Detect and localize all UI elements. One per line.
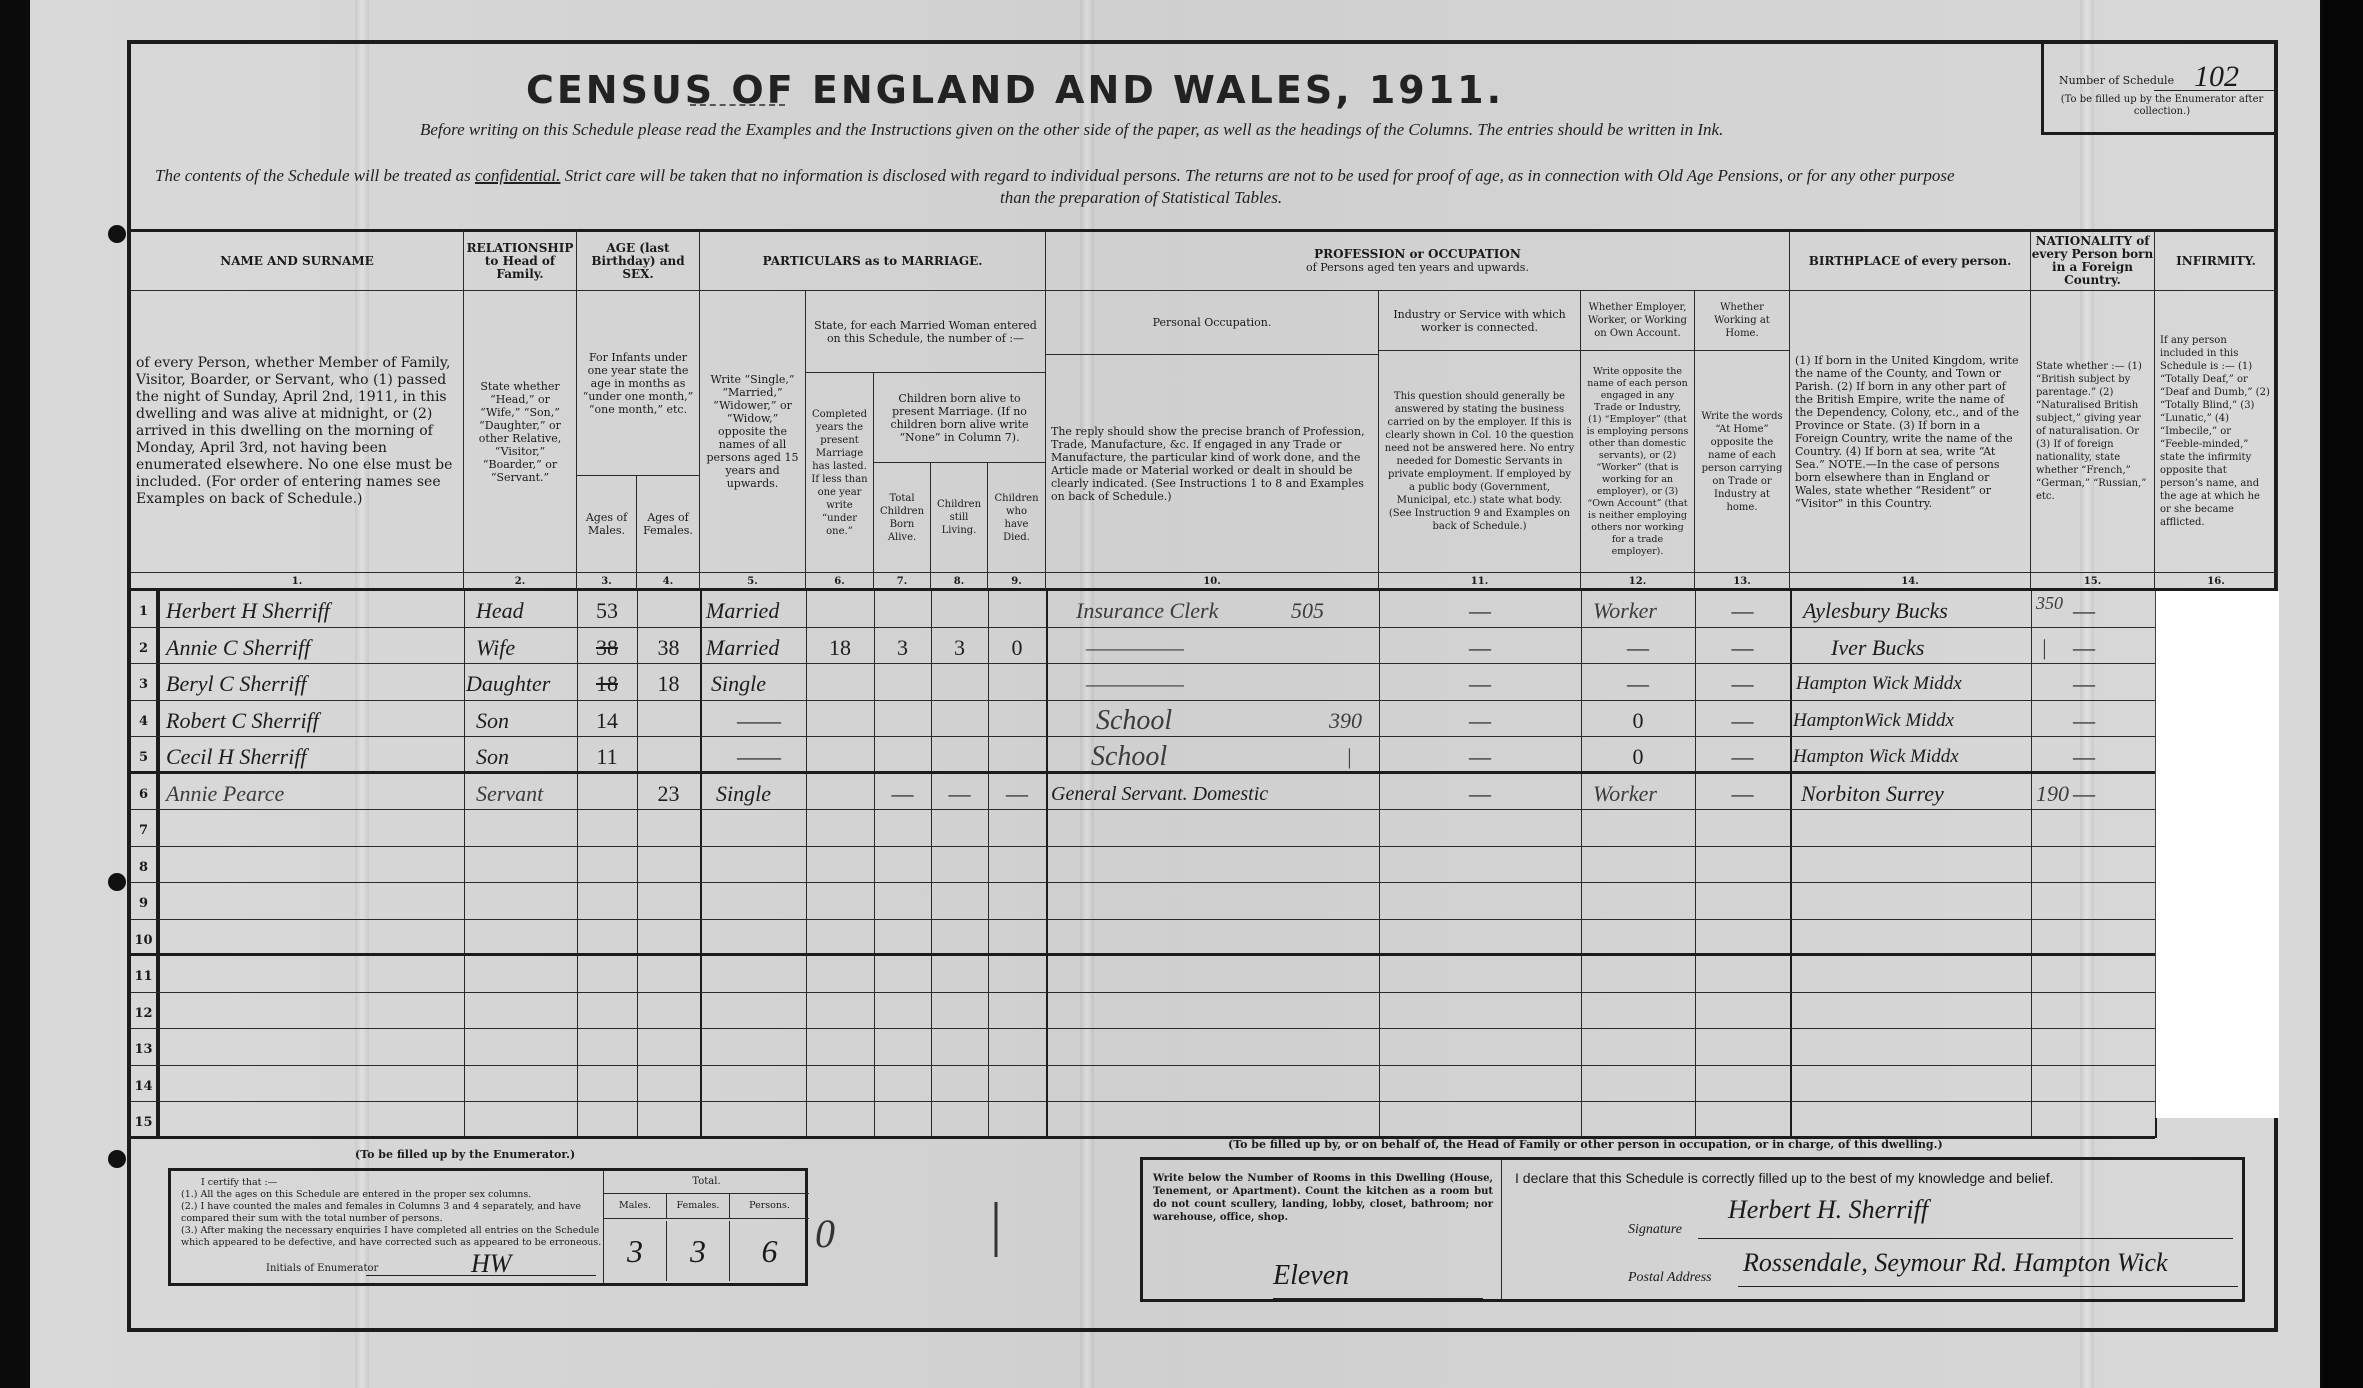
punch-hole-icon xyxy=(108,225,126,243)
cell-relationship[interactable]: Son xyxy=(476,737,509,771)
table-row[interactable]: 7 xyxy=(131,810,2155,847)
cell-industry[interactable]: — xyxy=(1379,737,1581,771)
header-industry-body: This question should generally be answer… xyxy=(1379,351,1581,573)
cell-name[interactable]: Robert C Sherriff xyxy=(166,701,319,737)
cell-age-male[interactable]: 38 xyxy=(577,628,637,664)
table-row[interactable]: 14 xyxy=(131,1066,2155,1103)
totals-persons-label: Persons. xyxy=(730,1193,809,1219)
cell-name[interactable]: Cecil H Sherriff xyxy=(166,737,307,771)
table-row[interactable]: 12 xyxy=(131,993,2155,1030)
header-personal-occupation: Personal Occupation. xyxy=(1046,291,1379,355)
cell-at-home[interactable]: — xyxy=(1695,701,1790,737)
cell-age-male[interactable]: 11 xyxy=(577,737,637,771)
header-marriage-years: Completed years the present Marriage has… xyxy=(806,373,874,573)
header-age-body: For Infants under one year state the age… xyxy=(577,291,700,476)
header-birthplace-title: BIRTHPLACE of every person. xyxy=(1790,229,2031,291)
column-number: 8. xyxy=(931,573,988,591)
signature-value[interactable]: Herbert H. Sherriff xyxy=(1728,1195,1928,1225)
row-number: 6 xyxy=(131,774,158,810)
row-number: 7 xyxy=(131,810,158,846)
cell-condition[interactable]: —— xyxy=(706,737,812,771)
cell-age-female[interactable]: 18 xyxy=(637,664,700,700)
cell-employer-status[interactable]: Worker xyxy=(1593,774,1657,810)
cell-employer-status[interactable]: 0 xyxy=(1581,737,1695,771)
cell-occupation-code: 390 xyxy=(1329,701,1362,737)
header-nationality-title: NATIONALITY of every Person born in a Fo… xyxy=(2031,229,2155,291)
stray-mark: | xyxy=(990,1190,1002,1259)
cell-name[interactable]: Beryl C Sherriff xyxy=(166,664,307,700)
cell-industry[interactable]: — xyxy=(1379,591,1581,627)
cell-age-female[interactable]: 38 xyxy=(637,628,700,664)
cell-industry[interactable]: — xyxy=(1379,774,1581,810)
column-number: 16. xyxy=(2155,573,2278,591)
header-children-note: Children born alive to present Marriage.… xyxy=(874,373,1046,463)
totals-males-label: Males. xyxy=(604,1193,667,1219)
column-number: 9. xyxy=(988,573,1046,591)
table-row[interactable]: 2 Annie C Sherriff Wife 38 38 Married 18… xyxy=(131,628,2155,665)
certify-item-1: (1.) All the ages on this Schedule are e… xyxy=(181,1189,606,1201)
cell-at-home[interactable]: — xyxy=(1695,591,1790,627)
cell-age-male[interactable]: 14 xyxy=(577,701,637,737)
table-row[interactable]: 13 xyxy=(131,1029,2155,1066)
column-number: 7. xyxy=(874,573,931,591)
totals-table: Total. Males. Females. Persons. 3 3 6 xyxy=(603,1171,809,1283)
cell-nationality[interactable]: — xyxy=(2049,591,2119,627)
column-number: 4. xyxy=(637,573,700,591)
punch-hole-icon xyxy=(108,873,126,891)
cell-at-home[interactable]: — xyxy=(1695,628,1790,664)
header-age-females: Ages of Females. xyxy=(637,476,700,573)
certify-item-2: (2.) I have counted the males and female… xyxy=(181,1201,606,1225)
postal-address-line xyxy=(1738,1286,2238,1287)
head-of-family-section-title: (To be filled up by, or on behalf of, th… xyxy=(1228,1138,1943,1151)
header-infirmity-body: If any person included in this Schedule … xyxy=(2155,291,2278,573)
row-number: 15 xyxy=(131,1102,158,1136)
cell-employer-status[interactable]: — xyxy=(1581,628,1695,664)
cell-relationship[interactable]: Daughter xyxy=(466,664,550,700)
column-number: 1. xyxy=(131,573,464,591)
stray-mark: 0 xyxy=(815,1210,835,1257)
declaration-text: I declare that this Schedule is correctl… xyxy=(1515,1170,2054,1186)
cell-relationship[interactable]: Son xyxy=(476,701,509,737)
table-row[interactable]: 6 Annie Pearce Servant 23 Single — — — G… xyxy=(131,774,2155,811)
header-birthplace-body: (1) If born in the United Kingdom, write… xyxy=(1790,291,2031,573)
cell-nationality[interactable]: — xyxy=(2049,628,2119,664)
cell-condition[interactable]: Married xyxy=(706,591,779,627)
cell-age-male[interactable]: 53 xyxy=(577,591,637,627)
header-employer: Whether Employer, Worker, or Working on … xyxy=(1581,291,1695,351)
cell-birthplace[interactable]: Hampton Wick Middx xyxy=(1796,664,1962,700)
row-number: 11 xyxy=(131,956,158,992)
instruction-line: Before writing on this Schedule please r… xyxy=(420,120,1723,140)
cell-industry[interactable]: — xyxy=(1379,664,1581,700)
schedule-number-note: (To be filled up by the Enumerator after… xyxy=(2052,94,2272,118)
cell-birthplace[interactable]: Aylesbury Bucks xyxy=(1803,591,1948,627)
infirmity-column-blank xyxy=(2155,591,2279,1118)
cell-condition[interactable]: —— xyxy=(706,701,812,737)
column-number: 2. xyxy=(464,573,577,591)
header-children-living: Children still Living. xyxy=(931,463,988,573)
row-number: 3 xyxy=(131,664,158,700)
enumerator-certify-text: I certify that :— (1.) All the ages on t… xyxy=(181,1177,606,1249)
cell-name[interactable]: Annie C Sherriff xyxy=(166,628,310,664)
cell-birthplace[interactable]: Iver Bucks xyxy=(1831,628,1924,664)
cell-children-total[interactable]: 3 xyxy=(874,628,931,664)
rooms-value[interactable]: Eleven xyxy=(1273,1260,1349,1292)
header-age-title: AGE (last Birthday) and SEX. xyxy=(577,229,700,291)
header-industry: Industry or Service with which worker is… xyxy=(1379,291,1581,351)
header-at-home: Whether Working at Home. xyxy=(1695,291,1790,351)
header-occupation-title: PROFESSION or OCCUPATIONof Persons aged … xyxy=(1046,229,1790,291)
cell-age-male[interactable]: 18 xyxy=(577,664,637,700)
cell-condition[interactable]: Married xyxy=(706,628,779,664)
postal-address-value[interactable]: Rossendale, Seymour Rd. Hampton Wick xyxy=(1743,1248,2168,1278)
column-number: 12. xyxy=(1581,573,1695,591)
totals-header: Total. xyxy=(604,1171,809,1194)
cell-children-died[interactable]: — xyxy=(988,774,1046,810)
row-number: 1 xyxy=(131,591,158,627)
table-row[interactable]: 15 xyxy=(131,1102,2155,1139)
punch-hole-icon xyxy=(108,1150,126,1168)
totals-males-value[interactable]: 3 xyxy=(604,1221,667,1281)
column-number: 3. xyxy=(577,573,637,591)
table-row[interactable]: 1 Herbert H Sherriff Head 53 Married Ins… xyxy=(131,591,2155,628)
cell-at-home[interactable]: — xyxy=(1695,774,1790,810)
enumerator-certification-box: I certify that :— (1.) All the ages on t… xyxy=(168,1168,808,1286)
enumerator-section-title: (To be filled up by the Enumerator.) xyxy=(355,1148,575,1161)
header-relationship-title: RELATIONSHIP to Head of Family. xyxy=(464,229,577,291)
row-number: 4 xyxy=(131,701,158,737)
table-row[interactable]: 10 xyxy=(131,920,2155,957)
cell-occupation-code: 505 xyxy=(1291,591,1324,627)
header-marriage-title: PARTICULARS as to MARRIAGE. xyxy=(700,229,1046,291)
cell-nationality[interactable]: — xyxy=(2049,701,2119,737)
certify-heading: I certify that :— xyxy=(181,1177,606,1189)
cell-industry[interactable]: — xyxy=(1379,628,1581,664)
cell-birthplace[interactable]: Hampton Wick Middx xyxy=(1793,737,1959,771)
header-nationality-body: State whether :— (1) “British subject by… xyxy=(2031,291,2155,573)
totals-persons-value[interactable]: 6 xyxy=(730,1221,809,1281)
cell-nationality[interactable]: — xyxy=(2049,664,2119,700)
cell-occupation[interactable]: Insurance Clerk xyxy=(1076,591,1218,627)
cell-at-home[interactable]: — xyxy=(1695,664,1790,700)
table-row[interactable]: 3 Beryl C Sherriff Daughter 18 18 Single… xyxy=(131,664,2155,701)
column-number: 13. xyxy=(1695,573,1790,591)
cell-children-died[interactable]: 0 xyxy=(988,628,1046,664)
totals-females-label: Females. xyxy=(667,1193,730,1219)
table-row[interactable]: 11 xyxy=(131,956,2155,993)
rooms-instruction: Write below the Number of Rooms in this … xyxy=(1153,1172,1493,1224)
row-number: 10 xyxy=(131,920,158,954)
row-number: 9 xyxy=(131,883,158,919)
initials-label: Initials of Enumerator xyxy=(266,1263,378,1274)
cell-employer-status[interactable]: 0 xyxy=(1581,701,1695,737)
cell-occupation[interactable]: School xyxy=(1091,737,1167,771)
postal-address-label: Postal Address xyxy=(1628,1270,1712,1286)
header-relationship-body: State whether “Head,” or “Wife,” “Son,” … xyxy=(464,291,577,573)
row-number: 13 xyxy=(131,1029,158,1065)
cell-age-female[interactable] xyxy=(637,591,700,627)
schedule-number-label: Number of Schedule xyxy=(2059,74,2174,87)
column-number: 14. xyxy=(1790,573,2031,591)
cell-nationality[interactable]: — xyxy=(2049,774,2119,810)
schedule-number-value[interactable]: 102 xyxy=(2194,60,2239,94)
cell-children-total[interactable]: — xyxy=(874,774,931,810)
cell-birthplace[interactable]: Norbiton Surrey xyxy=(1801,774,1944,810)
header-marriage-condition: Write “Single,” “Married,” “Widower,” or… xyxy=(700,291,806,573)
header-infirmity-title: INFIRMITY. xyxy=(2155,229,2278,291)
cell-children-living[interactable]: — xyxy=(931,774,988,810)
cell-children-living[interactable]: 3 xyxy=(931,628,988,664)
form-title: CENSUS OF ENGLAND AND WALES, 1911. xyxy=(0,68,2030,112)
occupation-subtitle: of Persons aged ten years and upwards. xyxy=(1306,261,1529,274)
header-children-total: Total Children Born Alive. xyxy=(874,463,931,573)
schedule-number-box: Number of Schedule 102 (To be filled up … xyxy=(2041,40,2278,135)
row-number: 8 xyxy=(131,847,158,883)
header-at-home-body: Write the words “At Home” opposite the n… xyxy=(1695,351,1790,573)
row-number: 2 xyxy=(131,628,158,664)
column-number: 10. xyxy=(1046,573,1379,591)
header-age-males: Ages of Males. xyxy=(577,476,637,573)
row-number: 5 xyxy=(131,737,158,771)
scan-edge xyxy=(2323,0,2363,1388)
header-married-woman: State, for each Married Woman entered on… xyxy=(806,291,1046,373)
table-row[interactable]: 4 Robert C Sherriff Son 14 —— School 390… xyxy=(131,701,2155,738)
header-name-body: of every Person, whether Member of Famil… xyxy=(131,291,464,573)
cell-occupation[interactable]: School xyxy=(1096,701,1172,737)
table-row[interactable]: 9 xyxy=(131,883,2155,920)
cell-occupation[interactable]: ————— xyxy=(1086,628,1184,664)
signature-line xyxy=(1698,1238,2233,1239)
cell-birthplace-code: | xyxy=(2041,628,2047,664)
cell-occupation[interactable]: ————— xyxy=(1086,664,1184,700)
certify-item-3: (3.) After making the necessary enquirie… xyxy=(181,1225,606,1249)
totals-females-value[interactable]: 3 xyxy=(667,1221,730,1281)
cell-relationship[interactable]: Wife xyxy=(476,628,515,664)
cell-relationship[interactable]: Servant xyxy=(476,774,543,810)
confidential-notice-line2: than the preparation of Statistical Tabl… xyxy=(1000,188,1282,208)
column-number: 15. xyxy=(2031,573,2155,591)
header-children-died: Children who have Died. xyxy=(988,463,1046,573)
header-personal-occupation-body: The reply should show the precise branch… xyxy=(1046,355,1379,573)
header-employer-body: Write opposite the name of each person e… xyxy=(1581,351,1695,573)
cell-name[interactable]: Herbert H Sherriff xyxy=(166,591,330,627)
cell-nationality[interactable]: — xyxy=(2049,737,2119,771)
cell-age-female[interactable]: 23 xyxy=(637,774,700,810)
occupation-title: PROFESSION or OCCUPATION xyxy=(1314,248,1521,261)
cell-marriage-years[interactable]: 18 xyxy=(806,628,874,664)
cell-industry[interactable]: — xyxy=(1379,701,1581,737)
cell-relationship[interactable]: Head xyxy=(476,591,524,627)
rooms-panel: Write below the Number of Rooms in this … xyxy=(1143,1160,1502,1299)
initials-value[interactable]: HW xyxy=(471,1249,511,1279)
column-number: 11. xyxy=(1379,573,1581,591)
signature-label: Signature xyxy=(1628,1222,1682,1238)
head-of-family-box: Write below the Number of Rooms in this … xyxy=(1140,1157,2245,1302)
table-row[interactable]: 5 Cecil H Sherriff Son 11 —— School | — … xyxy=(131,737,2155,774)
row-number: 12 xyxy=(131,993,158,1029)
confidential-notice: The contents of the Schedule will be tre… xyxy=(155,166,1955,186)
rooms-line xyxy=(1273,1298,1483,1299)
cell-employer-status[interactable]: Worker xyxy=(1593,591,1657,627)
cell-birthplace[interactable]: HamptonWick Middx xyxy=(1793,701,1954,737)
cell-occupation-code: | xyxy=(1346,737,1352,771)
cell-occupation[interactable]: General Servant. Domestic xyxy=(1051,774,1268,810)
cell-condition[interactable]: Single xyxy=(711,664,766,700)
header-name-title: NAME AND SURNAME xyxy=(131,229,464,291)
table-row[interactable]: 8 xyxy=(131,847,2155,884)
cell-employer-status[interactable]: — xyxy=(1581,664,1695,700)
row-number: 14 xyxy=(131,1066,158,1102)
column-number: 5. xyxy=(700,573,806,591)
column-number: 6. xyxy=(806,573,874,591)
cell-name[interactable]: Annie Pearce xyxy=(166,774,284,810)
cell-at-home[interactable]: — xyxy=(1695,737,1790,771)
cell-condition[interactable]: Single xyxy=(716,774,771,810)
